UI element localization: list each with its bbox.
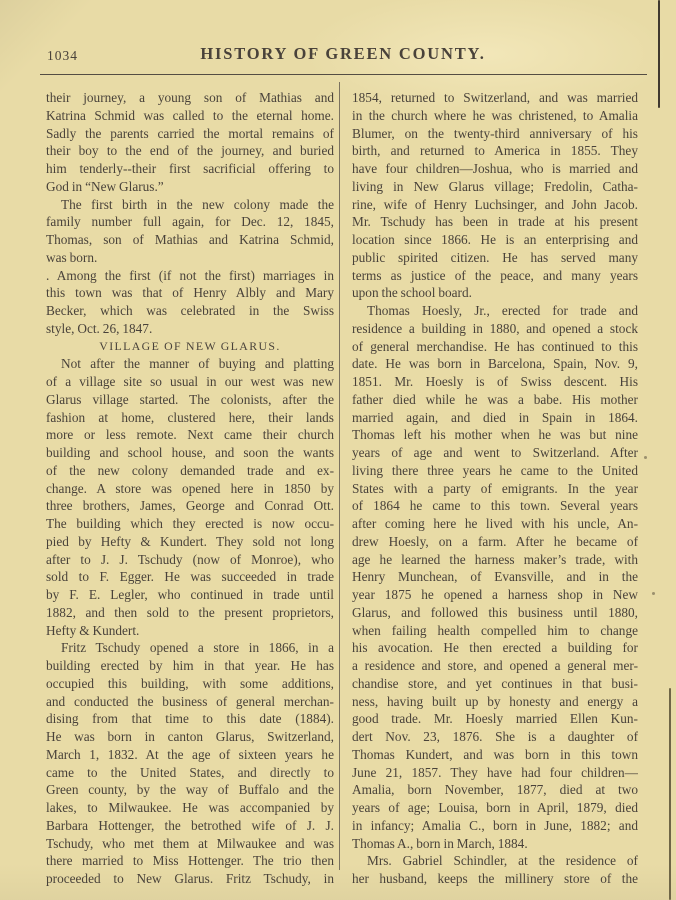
text-line: residence a building in 1880, and opened… [352,320,638,338]
text-line: Blumer, on the twenty-third anniversary … [352,125,638,143]
page-header-title: HISTORY OF GREEN COUNTY. [40,44,646,64]
text-line: Mrs. Gabriel Schindler, at the residence… [352,852,638,870]
text-line: was born. [46,249,334,267]
column-left: their journey, a young son of Mathias an… [46,89,334,888]
text-line: years of age and went to Switzerland. Af… [352,444,638,462]
scan-artifact-line-bottom [669,688,671,900]
column-right: 1854, returned to Switzerland, and was m… [352,89,638,888]
text-line: living in New Glarus village; Fredolin, … [352,178,638,196]
text-line: Barbara Hottenger, the betrothed wife of… [46,817,334,835]
text-line: June 21, 1857. They have had four childr… [352,764,638,782]
text-line: The first birth in the new colony made t… [46,196,334,214]
text-line: upon the school board. [352,284,638,302]
text-line: 1882, and then sold to the present propr… [46,604,334,622]
text-line: Not after the manner of buying and platt… [46,355,334,373]
text-line: have four children—Joshua, who is marrie… [352,160,638,178]
text-line: and conducted the business of general me… [46,693,334,711]
text-columns: their journey, a young son of Mathias an… [46,89,638,888]
text-line: terms as justice of the peace, and many … [352,267,638,285]
text-line: age he learned the harness maker’s trade… [352,551,638,569]
text-line: married again, and died in Spain in 1864… [352,409,638,427]
text-line: He was born in canton Glarus, Switzerlan… [46,728,334,746]
text-line: him tenderly--their first sacrificial of… [46,160,334,178]
text-line: after to J. J. Tschudy (now of Monroe), … [46,551,334,569]
text-line: of 1864 he came to this town. Several ye… [352,497,638,515]
text-line: lakes, to Milwaukee. He was accompanied … [46,799,334,817]
text-line: birth, and returned to America in 1855. … [352,142,638,160]
text-line: Amalia, born November, 1877, died at two [352,781,638,799]
text-line: Glarus, and followed this business until… [352,604,638,622]
text-line: in infancy; Amalia C., born in June, 188… [352,817,638,835]
text-line: drew Hoesly, on a farm. After he became … [352,533,638,551]
text-line: their boy to the end of the journey, and… [46,142,334,160]
text-line: of a village site so usual in our west w… [46,373,334,391]
text-line: Becker, which was celebrated in the Swis… [46,302,334,320]
text-line: location since 1866. He is an enterprisi… [352,231,638,249]
text-line: Green county, by the way of Buffalo and … [46,781,334,799]
text-line: by F. E. Legler, who continued in trade … [46,586,334,604]
text-line: after coming here he lived with his uncl… [352,515,638,533]
text-line: date. He was born in Barcelona, Spain, N… [352,355,638,373]
text-line: style, Oct. 26, 1847. [46,320,334,338]
text-line: Thomas left his mother when he was but n… [352,426,638,444]
text-line: of general merchandise. He has continued… [352,338,638,356]
text-line: dert Nov. 23, 1876. She is a daughter of [352,728,638,746]
text-line: ness, having built up by honesty and ene… [352,693,638,711]
text-line: change. A store was opened here in 1850 … [46,480,334,498]
text-line: sold to F. Egger. He was succeeded in tr… [46,568,334,586]
text-line: Thomas Hoesly, Jr., erected for trade an… [352,302,638,320]
text-line: of the new colony demanded trade and ex- [46,462,334,480]
text-line: Hefty & Kundert. [46,622,334,640]
text-line: more or less remote. Next came their chu… [46,426,334,444]
text-line: . Among the first (if not the first) mar… [46,267,334,285]
text-line: chandise store, and yet continues in tha… [352,675,638,693]
text-line: The building which they erected is now o… [46,515,334,533]
text-line: public spirited citizen. He has served m… [352,249,638,267]
text-line: father died while he was a babe. His mot… [352,391,638,409]
text-line: Thomas A., born in March, 1884. [352,835,638,853]
text-line: Katrina Schmid was called to the eternal… [46,107,334,125]
text-line: three brothers, James, George and Conrad… [46,497,334,515]
text-line: this town was that of Henry Albly and Ma… [46,284,334,302]
text-line: building and school house, and soon the … [46,444,334,462]
text-line: her husband, keeps the millinery store o… [352,870,638,888]
text-line: 1851. Mr. Hoesly is of Swiss descent. Hi… [352,373,638,391]
text-line: there married to Miss Hottenger. The tri… [46,852,334,870]
book-page: 1034 HISTORY OF GREEN COUNTY. their jour… [0,0,676,900]
text-line: Henry Munchean, of Evansville, and in th… [352,568,638,586]
text-line: in the church where he was christened, t… [352,107,638,125]
section-heading: VILLAGE OF NEW GLARUS. [46,338,334,356]
text-line: year 1875 he opened a harness shop in Ne… [352,586,638,604]
text-line: Glarus village started. The colonists, a… [46,391,334,409]
scan-speck [652,592,655,595]
text-line: rine, wife of Henry Luchsinger, and John… [352,196,638,214]
text-line: States with a party of emigrants. In the… [352,480,638,498]
text-line: pied by Hefty & Kundert. They sold not l… [46,533,334,551]
text-line: Tschudy, who met them at Milwaukee and w… [46,835,334,853]
text-line: came to the United States, and directly … [46,764,334,782]
scan-speck [644,456,647,459]
header-rule [40,74,647,75]
text-line: Fritz Tschudy opened a store in 1866, in… [46,639,334,657]
text-line: dising from that time to this date (1884… [46,710,334,728]
text-line: 1854, returned to Switzerland, and was m… [352,89,638,107]
text-line: proceeded to New Glarus. Fritz Tschudy, … [46,870,334,888]
text-line: fashion at home, clustered here, their l… [46,409,334,427]
text-line: building erected by him in that year. He… [46,657,334,675]
text-line: family number full again, for Dec. 12, 1… [46,213,334,231]
text-line: March 1, 1832. At the age of sixteen yea… [46,746,334,764]
text-line: Thomas Kundert, and was born in this tow… [352,746,638,764]
text-line: Sadly the parents carried the mortal rem… [46,125,334,143]
text-line: good trade. Mr. Hoesly married Ellen Kun… [352,710,638,728]
text-line: Thomas, son of Mathias and Katrina Schmi… [46,231,334,249]
text-line: Mr. Tschudy has been in trade at his pre… [352,213,638,231]
text-line: God in “New Glarus.” [46,178,334,196]
text-line: their journey, a young son of Mathias an… [46,89,334,107]
scan-artifact-line-top [658,0,660,108]
text-line: a residence and store, and opened a gene… [352,657,638,675]
text-line: when failing health compelled him to cha… [352,622,638,640]
text-line: occupied this building, with some additi… [46,675,334,693]
text-line: living there three years he came to the … [352,462,638,480]
text-line: his avocation. He then erected a buildin… [352,639,638,657]
text-line: years of age; Louisa, born in April, 187… [352,799,638,817]
